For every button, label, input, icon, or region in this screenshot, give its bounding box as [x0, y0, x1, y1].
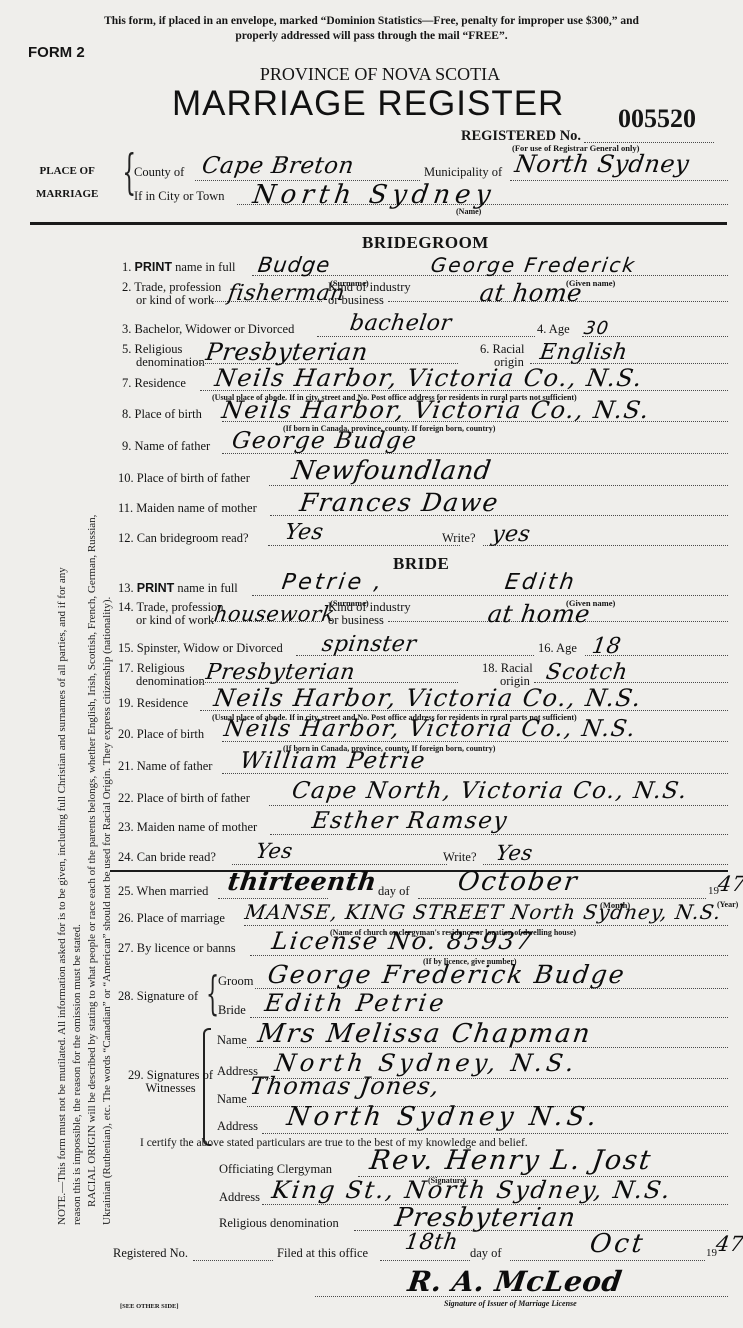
groom-mother[interactable]: Frances Dawe: [298, 490, 501, 515]
bride-status[interactable]: spinster: [320, 634, 417, 656]
bride-read-line[interactable]: [232, 864, 447, 865]
licence-line[interactable]: [250, 955, 728, 956]
groom-status-line[interactable]: [317, 336, 535, 337]
witness1-name[interactable]: Mrs Melissa Chapman: [256, 1021, 593, 1047]
groom-mother-label: 11. Maiden name of mother: [118, 502, 257, 515]
filed-day-line[interactable]: [380, 1260, 470, 1261]
mail-notice-line1: This form, if placed in an envelope, mar…: [0, 14, 743, 29]
city-value[interactable]: North Sydney: [251, 182, 497, 208]
county-value[interactable]: Cape Breton: [200, 155, 355, 178]
mail-notice-line2: properly addressed will pass through the…: [0, 29, 743, 44]
groom-trade-label: 2. Trade, professionor kind of work: [122, 281, 221, 307]
bride-signature-label: Bride: [218, 1004, 246, 1017]
registered-no-bottom-line[interactable]: [193, 1260, 273, 1261]
filed-year[interactable]: 47: [715, 1234, 743, 1255]
place-of-marriage-label: 26. Place of marriage: [118, 912, 225, 925]
bride-read-label: 24. Can bride read?: [118, 851, 216, 864]
groom-read-line[interactable]: [268, 545, 460, 546]
groom-age-label: 4. Age: [537, 323, 570, 336]
groom-surname[interactable]: Budge: [257, 255, 332, 276]
bride-father-birthplace-line[interactable]: [269, 805, 728, 806]
clergy-denomination-label: Religious denomination: [219, 1217, 339, 1230]
bride-can-read[interactable]: Yes: [255, 841, 295, 862]
day-line[interactable]: [218, 898, 328, 899]
marriage-month[interactable]: October: [456, 869, 580, 895]
side-note-line4: Ukrainian (Ruthenian), etc. The words “C…: [100, 125, 115, 1225]
issuer-signature[interactable]: R. A. McLeod: [406, 1268, 624, 1296]
serial-number: 005520: [618, 104, 696, 134]
witnesses-label: 29. Signatures ofWitnesses: [128, 1069, 213, 1095]
groom-racial-origin[interactable]: English: [538, 342, 628, 364]
marriage-day[interactable]: thirteenth: [226, 869, 378, 894]
groom-residence[interactable]: Neils Harbor, Victoria Co., N.S.: [213, 366, 644, 390]
side-note-line1: NOTE.—This form must not be mutilated. A…: [55, 125, 70, 1225]
signature-of-label: 28. Signature of: [118, 990, 198, 1003]
groom-can-write[interactable]: yes: [490, 524, 531, 546]
municipality-field-line[interactable]: [510, 180, 728, 181]
bride-section-title: BRIDE: [393, 554, 449, 574]
filed-label: Filed at this office: [277, 1247, 368, 1260]
bride-trade-label: 14. Trade, professionor kind of work: [118, 601, 224, 627]
bride-father[interactable]: William Petrie: [238, 750, 427, 773]
bride-racial-origin[interactable]: Scotch: [544, 662, 629, 684]
bride-industry-label: Kind of industryor business: [328, 601, 411, 627]
clergyman-signature[interactable]: Rev. Henry L. Jost: [368, 1147, 654, 1174]
groom-status[interactable]: bachelor: [348, 313, 453, 335]
groom-industry[interactable]: at home: [478, 281, 583, 305]
marriage-year[interactable]: 47: [717, 874, 743, 895]
registered-no-bottom-label: Registered No.: [113, 1247, 188, 1260]
city-label: If in City or Town: [134, 190, 225, 203]
witness2-name[interactable]: Thomas Jones,: [248, 1074, 441, 1098]
bride-religion-label: 17. Religiousdenomination: [118, 662, 205, 688]
bride-trade[interactable]: housework: [213, 604, 337, 625]
municipality-label: Municipality of: [424, 166, 502, 179]
groom-write-label: Write?: [442, 532, 476, 545]
month-line[interactable]: [418, 898, 706, 899]
form-number: FORM 2: [28, 44, 85, 61]
bride-residence[interactable]: Neils Harbor, Victoria Co., N.S.: [212, 686, 643, 710]
bride-signature-line[interactable]: [250, 1017, 728, 1018]
bride-father-birthplace[interactable]: Cape North, Victoria Co., N.S.: [290, 780, 689, 803]
bride-mother[interactable]: Esther Ramsey: [310, 810, 509, 833]
groom-birthplace-label: 8. Place of birth: [122, 408, 202, 421]
groom-signature[interactable]: George Frederick Budge: [266, 962, 627, 987]
page-title: MARRIAGE REGISTER: [172, 84, 564, 124]
groom-given-name[interactable]: George Frederick: [430, 255, 638, 275]
bride-religion[interactable]: Presbyterian: [204, 662, 356, 684]
witness2-address[interactable]: North Sydney N.S.: [285, 1104, 602, 1130]
side-note-line2: reason this is impossible, the reason fo…: [70, 125, 85, 1225]
filed-month[interactable]: Oct: [588, 1231, 647, 1257]
bride-father-birthplace-label: 22. Place of birth of father: [118, 792, 250, 805]
divider-marriage: [110, 870, 728, 872]
groom-birthplace[interactable]: Neils Harbor, Victoria Co., N.S.: [220, 398, 651, 422]
witness2-address-label: Address: [217, 1120, 258, 1133]
bride-birthplace-label: 20. Place of birth: [118, 728, 204, 741]
groom-read-label: 12. Can bridegroom read?: [118, 532, 249, 545]
marriage-place[interactable]: MANSE, KING STREET North Sydney, N.S.: [244, 902, 723, 922]
groom-status-label: 3. Bachelor, Widower or Divorced: [122, 323, 294, 336]
divider-top: [30, 222, 727, 225]
bridegroom-section-title: BRIDEGROOM: [362, 233, 489, 253]
side-note: NOTE.—This form must not be mutilated. A…: [55, 125, 115, 1225]
bride-status-label: 15. Spinster, Widow or Divorced: [118, 642, 283, 655]
issuer-note: Signature of Issuer of Marriage License: [444, 1299, 577, 1308]
bride-age[interactable]: 18: [590, 636, 622, 658]
groom-father-label: 9. Name of father: [122, 440, 210, 453]
bride-can-write[interactable]: Yes: [495, 843, 535, 864]
groom-religion-label: 5. Religiousdenomination: [122, 343, 205, 369]
licence-number[interactable]: License No. 85937: [270, 929, 535, 953]
bride-mother-line[interactable]: [270, 834, 728, 835]
groom-father-birthplace[interactable]: Newfoundland: [290, 458, 493, 484]
groom-name-label: 1. PRINT name in full: [122, 261, 236, 274]
name-note: (Name): [456, 207, 481, 216]
licence-label: 27. By licence or banns: [118, 942, 236, 955]
side-note-line3: RACIAL ORIGIN will be described by stati…: [85, 125, 100, 1225]
bride-industry[interactable]: at home: [486, 602, 591, 626]
witness2-name-label: Name: [217, 1093, 247, 1106]
bride-mother-label: 23. Maiden name of mother: [118, 821, 257, 834]
bride-father-label: 21. Name of father: [118, 760, 212, 773]
groom-religion[interactable]: Presbyterian: [204, 340, 369, 364]
day-of-label: day of: [378, 885, 410, 898]
filed-day[interactable]: 18th: [403, 1232, 459, 1254]
bride-write-label: Write?: [443, 851, 477, 864]
province-title: PROVINCE OF NOVA SCOTIA: [0, 64, 743, 85]
bride-name-line[interactable]: [252, 595, 728, 596]
mail-notice: This form, if placed in an envelope, mar…: [0, 14, 743, 44]
county-label: County of: [134, 166, 184, 179]
groom-father-birthplace-label: 10. Place of birth of father: [118, 472, 250, 485]
bride-name-label: 13. PRINT name in full: [118, 582, 238, 595]
clergyman-label: Officiating Clergyman: [219, 1163, 332, 1176]
groom-signature-label: Groom: [218, 975, 253, 988]
clergy-denomination[interactable]: Presbyterian: [393, 1205, 577, 1231]
filed-month-line[interactable]: [510, 1260, 705, 1261]
bride-signature[interactable]: Edith Petrie: [263, 991, 448, 1015]
bride-residence-label: 19. Residence: [118, 697, 188, 710]
groom-age[interactable]: 30: [583, 320, 610, 338]
clergy-address-label: Address: [219, 1191, 260, 1204]
groom-residence-label: 7. Residence: [122, 377, 186, 390]
when-married-label: 25. When married: [118, 885, 208, 898]
see-other-side: [SEE OTHER SIDE]: [120, 1303, 179, 1310]
bride-given-name[interactable]: Edith: [503, 572, 578, 594]
place-line[interactable]: [244, 925, 728, 926]
witness1-name-label: Name: [217, 1034, 247, 1047]
groom-father[interactable]: George Budge: [230, 430, 418, 453]
witness2-address-line[interactable]: [262, 1133, 728, 1134]
groom-industry-label: Kind of industryor business: [328, 281, 411, 307]
bride-surname[interactable]: Petrie ,: [280, 572, 385, 594]
bride-age-label: 16. Age: [538, 642, 577, 655]
groom-can-read[interactable]: Yes: [283, 522, 325, 544]
clergy-address[interactable]: King St., North Sydney, N.S.: [270, 1178, 673, 1202]
filed-day-of-label: day of: [470, 1247, 502, 1260]
municipality-value[interactable]: North Sydney: [513, 152, 691, 176]
bride-birthplace[interactable]: Neils Harbor, Victoria Co., N.S.: [222, 718, 637, 741]
